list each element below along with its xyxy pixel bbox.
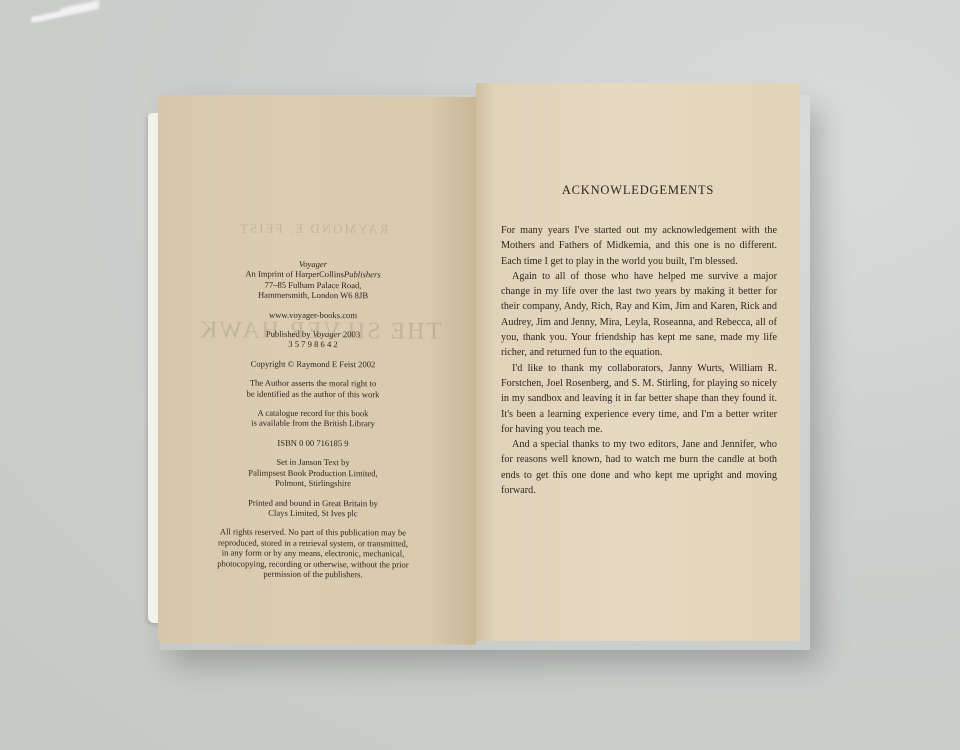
moral-right: The Author asserts the moral right to be… xyxy=(178,378,448,400)
published-imprint: Voyager xyxy=(313,329,341,339)
address-line-1: 77–85 Fulham Palace Road, xyxy=(265,280,362,291)
rights-line-4: photocopying, recording or otherwise, wi… xyxy=(217,558,408,569)
catalogue-line-1: A catalogue record for this book xyxy=(258,408,369,419)
website: www.voyager-books.com xyxy=(269,309,357,319)
rights-notice: All rights reserved. No part of this pub… xyxy=(178,527,448,580)
printer-info: Printed and bound in Great Britain by Cl… xyxy=(178,497,448,519)
moral-right-line-1: The Author asserts the moral right to xyxy=(250,378,377,389)
typeset-line-3: Polmont, Stirlingshire xyxy=(275,478,351,488)
rights-line-5: permission of the publishers. xyxy=(263,569,362,580)
print-line: 3 5 7 9 8 6 4 2 xyxy=(288,339,337,349)
acknowledgements-page: ACKNOWLEDGEMENTS For many years I've sta… xyxy=(476,83,800,641)
paragraph: Again to all of those who have helped me… xyxy=(501,269,777,361)
show-through-author: RAYMOND E. FEIST xyxy=(238,221,388,238)
catalogue-record: A catalogue record for this book is avai… xyxy=(178,407,448,429)
acknowledgements-body: For many years I've started out my ackno… xyxy=(501,223,777,498)
catalogue-line-2: is available from the British Library xyxy=(251,418,375,429)
imprint-of: An Imprint of HarperCollins xyxy=(245,269,344,280)
printed-line-1: Printed and bound in Great Britain by xyxy=(248,497,378,508)
published-year: 2003 xyxy=(341,329,360,339)
paragraph: And a special thanks to my two editors, … xyxy=(501,437,777,498)
rights-line-2: reproduced, stored in a retrieval system… xyxy=(218,537,408,548)
rights-line-3: in any form or by any means, electronic,… xyxy=(222,548,405,559)
copyright-line: Copyright © Raymond E Feist 2002 xyxy=(251,358,376,369)
typeset-line-2: Palimpsest Book Production Limited, xyxy=(248,467,377,478)
paragraph: For many years I've started out my ackno… xyxy=(501,223,777,269)
imprint-name: Voyager xyxy=(299,259,327,269)
typeset-line-1: Set in Janson Text by xyxy=(276,457,349,467)
moral-right-line-2: be identified as the author of this work xyxy=(247,388,380,399)
typesetting-info: Set in Janson Text by Palimpsest Book Pr… xyxy=(178,457,448,490)
imprint-of-publishers: Publishers xyxy=(344,270,381,280)
publication-info: Published by Voyager 2003 3 5 7 9 8 6 4 … xyxy=(178,328,448,350)
isbn: ISBN 0 00 716185 9 xyxy=(277,438,348,448)
address-line-2: Hammersmith, London W6 8JB xyxy=(258,290,368,301)
acknowledgements-heading: ACKNOWLEDGEMENTS xyxy=(476,183,800,198)
rights-line-1: All rights reserved. No part of this pub… xyxy=(220,527,406,538)
published-prefix: Published by xyxy=(266,329,313,339)
paragraph: I'd like to thank my collaborators, Jann… xyxy=(501,361,777,437)
copyright-page: RAYMOND E. FEIST THE SILVER HAWK Voyager… xyxy=(158,95,476,645)
imprint-block: Voyager An Imprint of HarperCollinsPubli… xyxy=(178,258,448,589)
printed-line-2: Clays Limited, St Ives plc xyxy=(268,508,358,518)
publisher-info: Voyager An Imprint of HarperCollinsPubli… xyxy=(178,258,448,301)
